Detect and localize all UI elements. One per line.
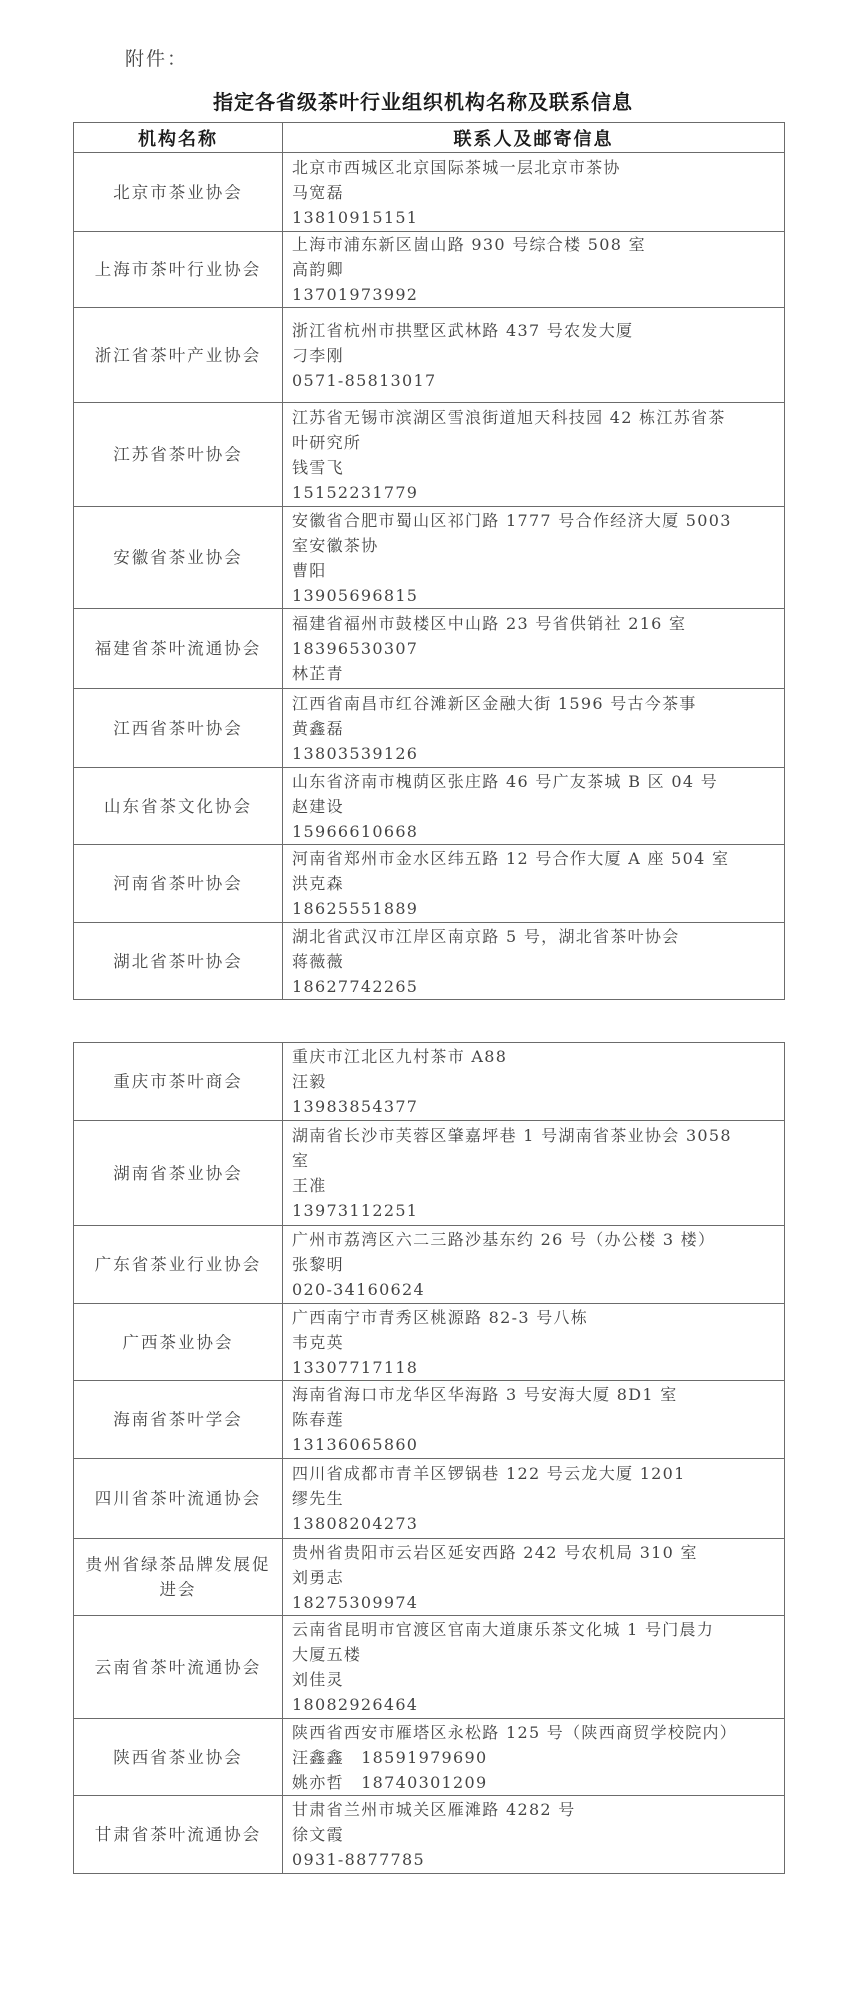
contact-info-line: 陈春莲 <box>292 1407 784 1432</box>
table-row: 广西茶业协会广西南宁市青秀区桃源路 82-3 号八栋韦克英13307717118 <box>74 1304 785 1381</box>
attachment-label: 附件： <box>125 44 188 71</box>
contact-info-line: 13307717118 <box>292 1355 784 1380</box>
contact-info-cell: 海南省海口市龙华区华海路 3 号安海大厦 8D1 室陈春莲13136065860 <box>283 1381 785 1459</box>
contact-info-line: 曹阳 <box>292 558 784 583</box>
contact-info-cell: 广西南宁市青秀区桃源路 82-3 号八栋韦克英13307717118 <box>283 1304 785 1381</box>
contact-info-line: 叶研究所 <box>292 430 784 455</box>
org-name-cell: 湖北省茶叶协会 <box>74 923 283 1000</box>
contact-info-line: 18082926464 <box>292 1692 784 1717</box>
table-row: 广东省茶业行业协会广州市荔湾区六二三路沙基东约 26 号（办公楼 3 楼）张黎明… <box>74 1226 785 1304</box>
org-name-cell: 重庆市茶叶商会 <box>74 1043 283 1121</box>
contact-info-cell: 陕西省西安市雁塔区永松路 125 号（陕西商贸学校院内）汪鑫鑫 18591979… <box>283 1719 785 1796</box>
contact-info-line: 缪先生 <box>292 1486 784 1511</box>
contact-info-line: 13701973992 <box>292 282 784 307</box>
contact-info-line: 汪鑫鑫 18591979690 <box>292 1745 784 1770</box>
contact-info-cell: 江苏省无锡市滨湖区雪浪街道旭天科技园 42 栋江苏省茶叶研究所钱雪飞151522… <box>283 403 785 507</box>
contact-info-cell: 江西省南昌市红谷滩新区金融大街 1596 号古今茶事黄鑫磊13803539126 <box>283 689 785 768</box>
contact-info-line: 13810915151 <box>292 205 784 230</box>
contact-info-line: 大厦五楼 <box>292 1642 784 1667</box>
contact-info-line: 广州市荔湾区六二三路沙基东约 26 号（办公楼 3 楼） <box>292 1227 784 1252</box>
contact-info-line: 广西南宁市青秀区桃源路 82-3 号八栋 <box>292 1305 784 1330</box>
contact-info-line: 13808204273 <box>292 1511 784 1536</box>
table-row: 湖南省茶业协会湖南省长沙市芙蓉区肇嘉坪巷 1 号湖南省茶业协会 3058室王准1… <box>74 1121 785 1226</box>
contact-info-cell: 四川省成都市青羊区锣锅巷 122 号云龙大厦 1201缪先生1380820427… <box>283 1459 785 1539</box>
contact-info-line: 河南省郑州市金水区纬五路 12 号合作大厦 A 座 504 室 <box>292 846 784 871</box>
contact-info-line: 刘勇志 <box>292 1565 784 1590</box>
contact-info-line: 赵建设 <box>292 794 784 819</box>
contact-info-line: 020-34160624 <box>292 1277 784 1302</box>
org-name-cell: 广西茶业协会 <box>74 1304 283 1381</box>
contact-info-line: 林芷青 <box>292 661 784 686</box>
table-row: 湖北省茶叶协会湖北省武汉市江岸区南京路 5 号，湖北省茶叶协会蒋薇薇186277… <box>74 923 785 1000</box>
table-row: 江苏省茶叶协会江苏省无锡市滨湖区雪浪街道旭天科技园 42 栋江苏省茶叶研究所钱雪… <box>74 403 785 507</box>
contact-info-line: 13905696815 <box>292 583 784 608</box>
table-row: 浙江省茶叶产业协会浙江省杭州市拱墅区武林路 437 号农发大厦刁李刚0571-8… <box>74 308 785 403</box>
contact-info-line: 云南省昆明市官渡区官南大道康乐茶文化城 1 号门晨力 <box>292 1617 784 1642</box>
contacts-table-part-1: 机构名称 联系人及邮寄信息 北京市茶业协会北京市西城区北京国际茶城一层北京市茶协… <box>73 122 785 1000</box>
contact-info-cell: 湖南省长沙市芙蓉区肇嘉坪巷 1 号湖南省茶业协会 3058室王准13973112… <box>283 1121 785 1226</box>
contact-info-line: 蒋薇薇 <box>292 949 784 974</box>
org-name-cell: 广东省茶业行业协会 <box>74 1226 283 1304</box>
table-row: 陕西省茶业协会陕西省西安市雁塔区永松路 125 号（陕西商贸学校院内）汪鑫鑫 1… <box>74 1719 785 1796</box>
contact-info-line: 湖北省武汉市江岸区南京路 5 号，湖北省茶叶协会 <box>292 924 784 949</box>
contact-info-line: 0931-8877785 <box>292 1847 784 1872</box>
contact-info-line: 重庆市江北区九村茶市 A88 <box>292 1044 784 1069</box>
table-row: 重庆市茶叶商会重庆市江北区九村茶市 A88汪毅13983854377 <box>74 1043 785 1121</box>
header-org-name: 机构名称 <box>74 123 283 153</box>
table-header-row: 机构名称 联系人及邮寄信息 <box>74 123 785 153</box>
contact-info-line: 四川省成都市青羊区锣锅巷 122 号云龙大厦 1201 <box>292 1461 784 1486</box>
contact-info-line: 15152231779 <box>292 480 784 505</box>
contact-info-cell: 安徽省合肥市蜀山区祁门路 1777 号合作经济大厦 5003室安徽茶协曹阳139… <box>283 507 785 609</box>
contact-info-line: 江西省南昌市红谷滩新区金融大街 1596 号古今茶事 <box>292 691 784 716</box>
org-name-cell: 北京市茶业协会 <box>74 153 283 232</box>
contact-info-line: 甘肃省兰州市城关区雁滩路 4282 号 <box>292 1797 784 1822</box>
table-row: 山东省茶文化协会山东省济南市槐荫区张庄路 46 号广友茶城 B 区 04 号赵建… <box>74 768 785 845</box>
contact-info-line: 13973112251 <box>292 1198 784 1223</box>
contact-info-line: 刘佳灵 <box>292 1667 784 1692</box>
contact-info-cell: 广州市荔湾区六二三路沙基东约 26 号（办公楼 3 楼）张黎明020-34160… <box>283 1226 785 1304</box>
org-name-cell: 上海市茶叶行业协会 <box>74 232 283 308</box>
contact-info-line: 高韵卿 <box>292 257 784 282</box>
contact-info-line: 13136065860 <box>292 1432 784 1457</box>
contact-info-line: 18627742265 <box>292 974 784 999</box>
contact-info-cell: 福建省福州市鼓楼区中山路 23 号省供销社 216 室18396530307林芷… <box>283 609 785 689</box>
contact-info-line: 室 <box>292 1148 784 1173</box>
table-row: 海南省茶叶学会海南省海口市龙华区华海路 3 号安海大厦 8D1 室陈春莲1313… <box>74 1381 785 1459</box>
contact-info-cell: 甘肃省兰州市城关区雁滩路 4282 号徐文霞0931-8877785 <box>283 1796 785 1874</box>
org-name-cell: 安徽省茶业协会 <box>74 507 283 609</box>
contact-info-line: 18396530307 <box>292 636 784 661</box>
contact-info-cell: 云南省昆明市官渡区官南大道康乐茶文化城 1 号门晨力大厦五楼刘佳灵1808292… <box>283 1616 785 1719</box>
contact-info-line: 浙江省杭州市拱墅区武林路 437 号农发大厦 <box>292 318 784 343</box>
org-name-cell: 海南省茶叶学会 <box>74 1381 283 1459</box>
contact-info-cell: 贵州省贵阳市云岩区延安西路 242 号农机局 310 室刘勇志182753099… <box>283 1539 785 1616</box>
document-title: 指定各省级茶叶行业组织机构名称及联系信息 <box>0 86 846 115</box>
contact-info-line: 韦克英 <box>292 1330 784 1355</box>
contact-info-line: 钱雪飞 <box>292 455 784 480</box>
org-name-cell: 江西省茶叶协会 <box>74 689 283 768</box>
table-row: 云南省茶叶流通协会云南省昆明市官渡区官南大道康乐茶文化城 1 号门晨力大厦五楼刘… <box>74 1616 785 1719</box>
contact-info-line: 湖南省长沙市芙蓉区肇嘉坪巷 1 号湖南省茶业协会 3058 <box>292 1123 784 1148</box>
contact-info-line: 18625551889 <box>292 896 784 921</box>
contact-info-line: 山东省济南市槐荫区张庄路 46 号广友茶城 B 区 04 号 <box>292 769 784 794</box>
table-row: 安徽省茶业协会安徽省合肥市蜀山区祁门路 1777 号合作经济大厦 5003室安徽… <box>74 507 785 609</box>
contact-info-cell: 浙江省杭州市拱墅区武林路 437 号农发大厦刁李刚0571-85813017 <box>283 308 785 403</box>
org-name-cell: 福建省茶叶流通协会 <box>74 609 283 689</box>
contact-info-line: 黄鑫磊 <box>292 716 784 741</box>
org-name-cell: 四川省茶叶流通协会 <box>74 1459 283 1539</box>
table-row: 江西省茶叶协会江西省南昌市红谷滩新区金融大街 1596 号古今茶事黄鑫磊1380… <box>74 689 785 768</box>
org-name-cell: 贵州省绿茶品牌发展促进会 <box>74 1539 283 1616</box>
contact-info-cell: 湖北省武汉市江岸区南京路 5 号，湖北省茶叶协会蒋薇薇18627742265 <box>283 923 785 1000</box>
contact-info-line: 18275309974 <box>292 1590 784 1615</box>
contact-info-line: 0571-85813017 <box>292 368 784 393</box>
org-name-cell: 云南省茶叶流通协会 <box>74 1616 283 1719</box>
contact-info-line: 贵州省贵阳市云岩区延安西路 242 号农机局 310 室 <box>292 1540 784 1565</box>
contact-info-cell: 河南省郑州市金水区纬五路 12 号合作大厦 A 座 504 室洪克森186255… <box>283 845 785 923</box>
contact-info-line: 王准 <box>292 1173 784 1198</box>
table-row: 贵州省绿茶品牌发展促进会贵州省贵阳市云岩区延安西路 242 号农机局 310 室… <box>74 1539 785 1616</box>
table-row: 甘肃省茶叶流通协会甘肃省兰州市城关区雁滩路 4282 号徐文霞0931-8877… <box>74 1796 785 1874</box>
contact-info-line: 15966610668 <box>292 819 784 844</box>
contact-info-line: 洪克森 <box>292 871 784 896</box>
contact-info-cell: 上海市浦东新区崮山路 930 号综合楼 508 室高韵卿13701973992 <box>283 232 785 308</box>
table-row: 福建省茶叶流通协会福建省福州市鼓楼区中山路 23 号省供销社 216 室1839… <box>74 609 785 689</box>
contact-info-line: 上海市浦东新区崮山路 930 号综合楼 508 室 <box>292 232 784 257</box>
contact-info-line: 13803539126 <box>292 741 784 766</box>
contact-info-cell: 重庆市江北区九村茶市 A88汪毅13983854377 <box>283 1043 785 1121</box>
org-name-cell: 江苏省茶叶协会 <box>74 403 283 507</box>
contact-info-cell: 北京市西城区北京国际茶城一层北京市茶协马宽磊13810915151 <box>283 153 785 232</box>
contact-info-line: 张黎明 <box>292 1252 784 1277</box>
header-contact-info: 联系人及邮寄信息 <box>283 123 785 153</box>
contact-info-line: 安徽省合肥市蜀山区祁门路 1777 号合作经济大厦 5003 <box>292 508 784 533</box>
table-row: 河南省茶叶协会河南省郑州市金水区纬五路 12 号合作大厦 A 座 504 室洪克… <box>74 845 785 923</box>
contact-info-line: 北京市西城区北京国际茶城一层北京市茶协 <box>292 155 784 180</box>
contact-info-line: 刁李刚 <box>292 343 784 368</box>
org-name-cell: 山东省茶文化协会 <box>74 768 283 845</box>
contact-info-line: 福建省福州市鼓楼区中山路 23 号省供销社 216 室 <box>292 611 784 636</box>
contact-info-line: 徐文霞 <box>292 1822 784 1847</box>
table-row: 北京市茶业协会北京市西城区北京国际茶城一层北京市茶协马宽磊13810915151 <box>74 153 785 232</box>
table-row: 上海市茶叶行业协会上海市浦东新区崮山路 930 号综合楼 508 室高韵卿137… <box>74 232 785 308</box>
table-row: 四川省茶叶流通协会四川省成都市青羊区锣锅巷 122 号云龙大厦 1201缪先生1… <box>74 1459 785 1539</box>
org-name-cell: 浙江省茶叶产业协会 <box>74 308 283 403</box>
contact-info-line: 海南省海口市龙华区华海路 3 号安海大厦 8D1 室 <box>292 1382 784 1407</box>
org-name-cell: 陕西省茶业协会 <box>74 1719 283 1796</box>
contact-info-line: 室安徽茶协 <box>292 533 784 558</box>
contact-info-line: 马宽磊 <box>292 180 784 205</box>
contact-info-line: 陕西省西安市雁塔区永松路 125 号（陕西商贸学校院内） <box>292 1720 784 1745</box>
contact-info-line: 姚亦哲 18740301209 <box>292 1770 784 1795</box>
contact-info-cell: 山东省济南市槐荫区张庄路 46 号广友茶城 B 区 04 号赵建设1596661… <box>283 768 785 845</box>
contact-info-line: 汪毅 <box>292 1069 784 1094</box>
org-name-cell: 河南省茶叶协会 <box>74 845 283 923</box>
org-name-cell: 湖南省茶业协会 <box>74 1121 283 1226</box>
contacts-table-part-2: 重庆市茶叶商会重庆市江北区九村茶市 A88汪毅13983854377湖南省茶业协… <box>73 1042 785 1874</box>
org-name-cell: 甘肃省茶叶流通协会 <box>74 1796 283 1874</box>
contact-info-line: 江苏省无锡市滨湖区雪浪街道旭天科技园 42 栋江苏省茶 <box>292 405 784 430</box>
contact-info-line: 13983854377 <box>292 1094 784 1119</box>
